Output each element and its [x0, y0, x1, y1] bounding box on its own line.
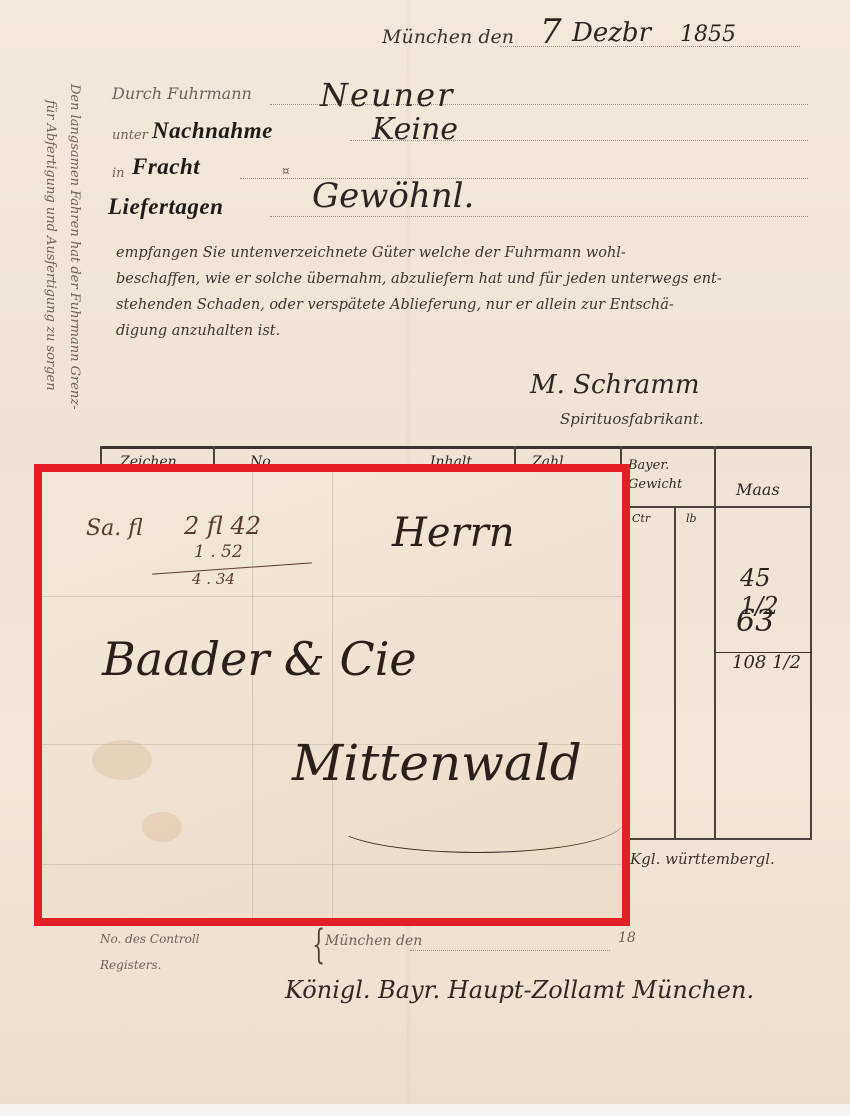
- th-ctr: Ctr: [632, 512, 650, 525]
- body-line: beschaffen, wie er solche übernahm, abzu…: [116, 266, 806, 292]
- footer-kingdom-note: Kgl. württembergl.: [630, 850, 775, 868]
- postage-line-2: 1 . 52: [194, 542, 243, 562]
- address-underline-flourish: [332, 792, 623, 853]
- field-fracht-label: Fracht: [132, 154, 200, 180]
- address-city: Mittenwald: [292, 734, 582, 792]
- envelope-inset: Sa. fl 2 fl 42 1 . 52 4 . 34 Herrn Baade…: [34, 464, 630, 926]
- signature-title: Spirituosfabrikant.: [560, 410, 704, 428]
- field-nachnahme-label: Nachnahme: [152, 118, 273, 144]
- field-nachnahme-prefix: unter: [112, 128, 148, 143]
- header-month: Dezbr: [572, 18, 651, 48]
- body-line: digung anzuhalten ist.: [116, 318, 806, 344]
- field-liefertagen-line: [270, 216, 808, 217]
- th-lb: lb: [686, 512, 697, 525]
- margin-note-line-2: für Abfertigung und Ausfertigung zu sorg…: [43, 100, 58, 391]
- body-line: stehenden Schaden, oder verspätete Ablie…: [116, 292, 806, 318]
- field-fracht-prefix: in: [112, 166, 125, 181]
- footer-register-label: No. des Controll Registers.: [100, 926, 220, 978]
- postage-label: Sa. fl: [86, 516, 143, 541]
- footer-date-label: München den: [325, 933, 422, 949]
- th-bayer-gewicht: Bayer. Gewicht: [628, 456, 712, 494]
- header-year: 1855: [680, 22, 736, 47]
- table-col-border: [810, 446, 812, 840]
- envelope-fold: [332, 472, 333, 918]
- field-fuhrmann-value: Neuner: [320, 76, 454, 114]
- envelope-stain: [142, 812, 182, 842]
- field-liefertagen-value: Gewöhnl.: [312, 176, 474, 216]
- footer-year-prefix: 18: [618, 930, 636, 946]
- header-place-label: München den: [382, 26, 514, 48]
- footer-brace: {: [312, 922, 325, 968]
- signature-name: M. Schramm: [530, 370, 700, 400]
- field-nachnahme-value: Keine: [372, 112, 458, 147]
- table-top-rule: [100, 446, 812, 449]
- address-salutation: Herrn: [392, 510, 515, 556]
- postage-result: 4 . 34: [192, 570, 235, 588]
- margin-note-line-1: Den langsamen Fahren hat der Fuhrmann Gr…: [67, 84, 82, 410]
- table-col-border: [714, 446, 716, 840]
- address-recipient: Baader & Cie: [102, 632, 417, 686]
- field-fuhrmann-label: Durch Fuhrmann: [112, 84, 252, 103]
- scan-bottom-edge: [0, 1104, 850, 1116]
- envelope-stain: [92, 740, 152, 780]
- postage-line-1: 2 fl 42: [184, 512, 261, 540]
- th-maas: Maas: [736, 480, 780, 499]
- field-fracht-mark: ¤: [282, 164, 290, 178]
- body-line: empfangen Sie untenverzeichnete Güter we…: [116, 240, 806, 266]
- field-liefertagen-label: Liefertagen: [108, 194, 223, 220]
- body-text: empfangen Sie untenverzeichnete Güter we…: [116, 240, 806, 344]
- table-col-border: [674, 508, 676, 840]
- header-day: 7: [540, 12, 562, 52]
- maas-total: 108 1/2: [732, 652, 801, 673]
- footer-date-line: [410, 950, 610, 951]
- maas-value-2: 63: [736, 604, 774, 639]
- footer-office: Königl. Bayr. Haupt-Zollamt München.: [285, 976, 754, 1004]
